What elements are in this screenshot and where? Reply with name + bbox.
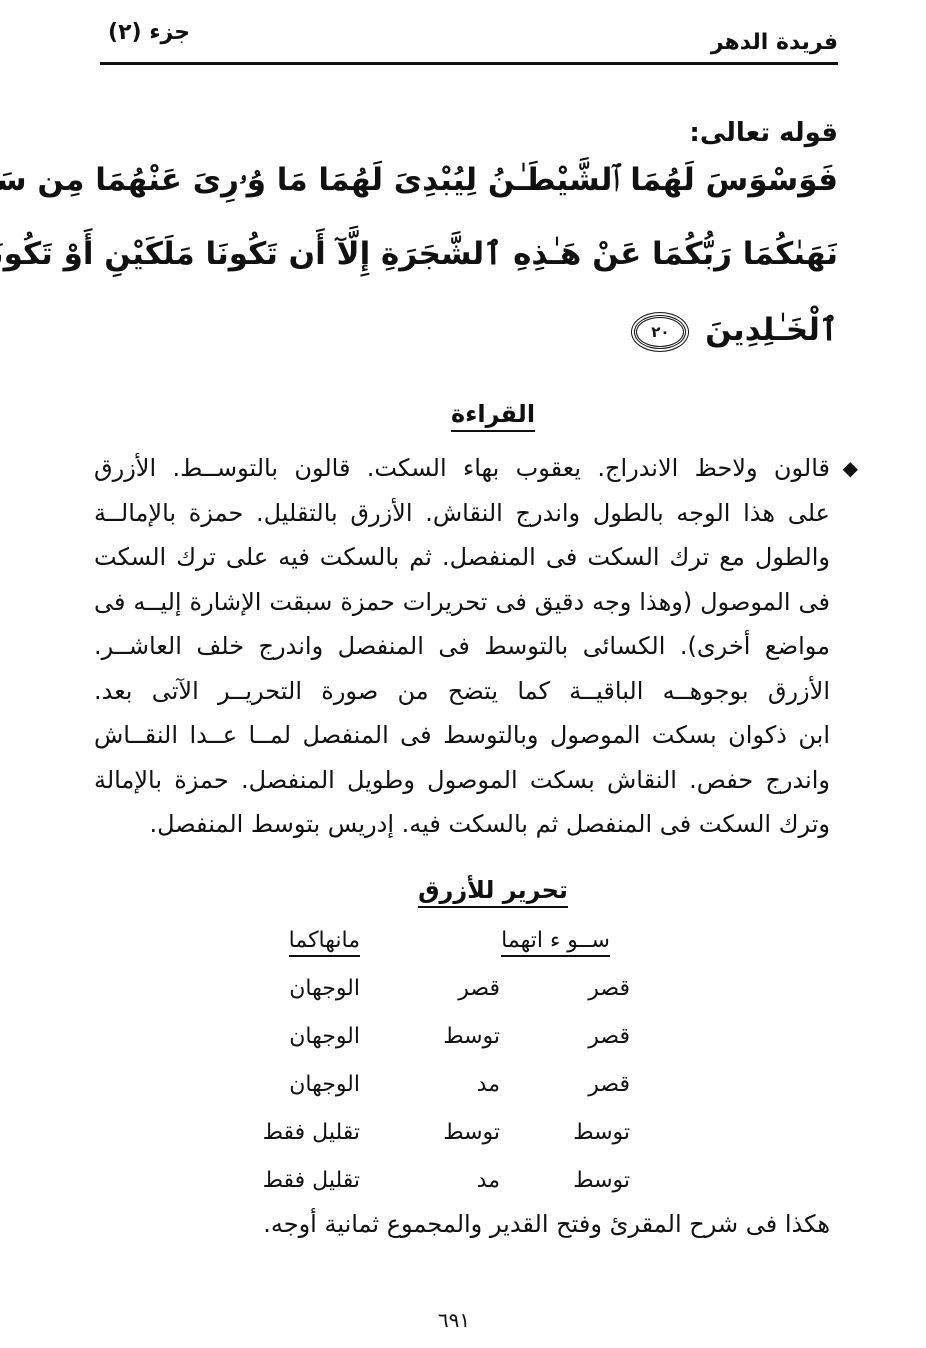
diamond-bullet-icon: ◆ <box>843 446 858 491</box>
page-number: ٦٩١ <box>0 1308 926 1332</box>
table-cell: توسط <box>573 1120 630 1145</box>
table-row: توسط مد تقليل فقط <box>250 1168 650 1216</box>
paragraph-line: وترك السكت فى المنفصل ثم بالسكت فيه. إدر… <box>94 802 830 847</box>
running-header: فريدة الدهر جزء (٢) <box>100 18 838 66</box>
book-title: فريدة الدهر <box>711 30 838 55</box>
paragraph-line: فى الموصول (وهذا وجه دقيق فى تحريرات حمز… <box>94 580 830 625</box>
closing-note: هكذا فى شرح المقرئ وفتح القدير والمجموع … <box>263 1210 830 1238</box>
paragraph-line: ابن ذكوان بسكت الموصول وبالتوسط فى المنف… <box>94 713 830 758</box>
table-cell: توسط <box>573 1168 630 1193</box>
table-cell: مد <box>477 1168 500 1193</box>
table-cell: قصر <box>458 976 500 1001</box>
verse-line: فَوَسْوَسَ لَهُمَا ٱلشَّيْطَـٰنُ لِيُبْد… <box>104 162 838 199</box>
paragraph-line: الأزرق بوجوهــه الباقيــة كما يتضح من صو… <box>94 669 830 714</box>
reading-paragraph: ◆ قالون ولاحظ الاندراج. يعقوب بهاء السكت… <box>94 446 830 847</box>
table-row: قصر مد الوجهان <box>250 1072 650 1120</box>
ayah-number-ornament-icon: ٢٠ <box>634 315 686 349</box>
table-cell: توسط <box>443 1024 500 1049</box>
tahrir-table: ســو ء اتهما مانهاكما قصر قصر الوجهان قص… <box>250 928 650 1216</box>
paragraph-line: على هذا الوجه بالطول واندرج النقاش. الأز… <box>94 491 830 536</box>
tahrir-title-text: تحرير للأزرق <box>418 876 568 908</box>
paragraph-line: مواضع أخرى). الكسائى بالتوسط فى المنفصل … <box>94 624 830 669</box>
column-header: مانهاكما <box>289 928 360 957</box>
table-row: قصر قصر الوجهان <box>250 976 650 1024</box>
table-header-row: ســو ء اتهما مانهاكما <box>250 928 650 976</box>
table-cell: تقليل فقط <box>263 1168 360 1193</box>
verse-line: نَهَىٰكُمَا رَبُّكُمَا عَنْ هَـٰذِهِ ٱلش… <box>104 236 838 272</box>
paragraph-line: واندرج حفص. النقاش بسكت الموصول وطويل ال… <box>94 758 830 803</box>
table-cell: تقليل فقط <box>263 1120 360 1145</box>
verse-line-text: ٱلْخَـٰلِدِينَ <box>705 312 838 348</box>
table-cell: قصر <box>588 1024 630 1049</box>
table-cell: قصر <box>588 1072 630 1097</box>
tahrir-title: تحرير للأزرق <box>60 876 926 904</box>
table-cell: الوجهان <box>289 1072 360 1097</box>
part-label: جزء (٢) <box>108 20 190 45</box>
reading-title-text: القراءة <box>451 400 535 432</box>
table-cell: مد <box>477 1072 500 1097</box>
table-cell: قصر <box>588 976 630 1001</box>
header-rule <box>100 62 838 65</box>
table-cell: الوجهان <box>289 1024 360 1049</box>
table-row: قصر توسط الوجهان <box>250 1024 650 1072</box>
table-cell: الوجهان <box>289 976 360 1001</box>
book-page: فريدة الدهر جزء (٢) قوله تعالى: فَوَسْوَ… <box>0 0 926 1348</box>
column-header: ســو ء اتهما <box>501 928 610 957</box>
table-cell: توسط <box>443 1120 500 1145</box>
reading-section-title: القراءة <box>60 400 926 428</box>
paragraph-line: قالون ولاحظ الاندراج. يعقوب بهاء السكت. … <box>94 446 830 491</box>
verse-intro: قوله تعالى: <box>689 118 838 148</box>
paragraph-line: والطول مع ترك السكت فى المنفصل. ثم بالسك… <box>94 535 830 580</box>
table-row: توسط توسط تقليل فقط <box>250 1120 650 1168</box>
verse-line-final: ٱلْخَـٰلِدِينَ ٢٠ <box>634 312 838 349</box>
